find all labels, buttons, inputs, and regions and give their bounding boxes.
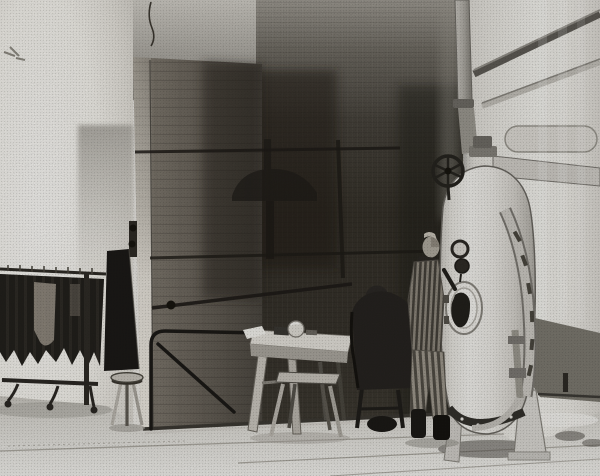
film-grain (0, 0, 600, 476)
photograph (0, 0, 600, 476)
photo-canvas (0, 0, 600, 476)
